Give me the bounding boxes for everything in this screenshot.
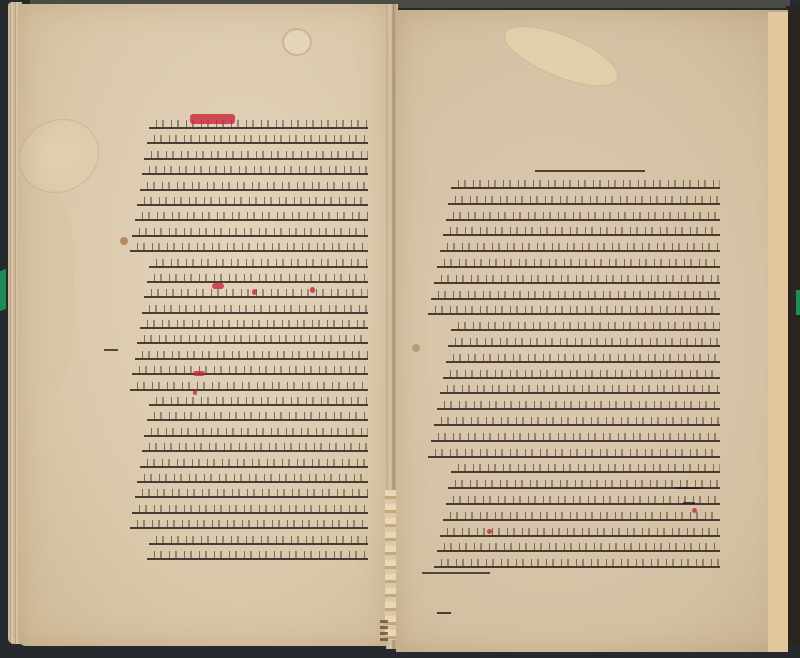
manuscript-line — [147, 410, 368, 421]
manuscript-line — [132, 226, 368, 237]
manuscript-line — [446, 494, 720, 505]
manuscript-line — [144, 426, 368, 437]
manuscript-line — [135, 349, 368, 360]
manuscript-line — [446, 352, 720, 363]
manuscript-line — [451, 462, 720, 473]
right-marginal-note-line2 — [683, 495, 695, 504]
manuscript-line — [443, 368, 720, 379]
manuscript-line — [443, 225, 720, 236]
manuscript-line — [140, 318, 368, 329]
manuscript-line — [135, 487, 368, 498]
manuscript-line — [130, 518, 368, 529]
manuscript-line — [149, 534, 368, 545]
manuscript-line — [428, 304, 720, 315]
manuscript-line — [147, 133, 368, 144]
manuscript-line — [437, 257, 720, 268]
rubric-mark — [692, 508, 697, 513]
rubric-mark — [193, 390, 197, 395]
manuscript-line — [443, 510, 720, 521]
manuscript-line — [434, 273, 720, 284]
manuscript-line — [451, 320, 720, 331]
manuscript-line — [440, 383, 720, 394]
manuscript-line — [149, 395, 368, 406]
manuscript-line — [431, 431, 720, 442]
right-side-note: short note beside final line — [422, 565, 490, 574]
manuscript-line — [130, 241, 368, 252]
manuscript-line — [451, 178, 720, 189]
manuscript-line — [142, 164, 368, 175]
book-cover-right-edge — [786, 6, 800, 646]
manuscript-line — [137, 333, 368, 344]
manuscript-line — [446, 210, 720, 221]
manuscript-line — [147, 272, 368, 283]
rubric-mark — [310, 287, 315, 293]
manuscript-line — [434, 415, 720, 426]
catchword: catchword below text block — [437, 604, 451, 614]
manuscript-line — [149, 118, 368, 129]
bookmark-ribbon-right — [796, 290, 800, 315]
right-page-edge — [768, 12, 788, 652]
rubric-heading — [190, 114, 235, 124]
manuscript-line — [132, 364, 368, 375]
manuscript-line — [149, 257, 368, 268]
manuscript-line — [440, 241, 720, 252]
right-page-text-block — [428, 178, 720, 573]
right-marginal-note: two-line marginal annotation beside line… — [674, 480, 702, 489]
manuscript-line — [137, 472, 368, 483]
left-marginal-note: short marginal annotation beside line 16 — [104, 342, 118, 351]
manuscript-line — [437, 399, 720, 410]
rubric-mark — [487, 529, 492, 534]
manuscript-line — [142, 441, 368, 452]
manuscript-line — [448, 194, 720, 205]
manuscript-line — [448, 336, 720, 347]
right-page-heading: بسم الله الرحمن الرحیم و به نستعین — [535, 160, 645, 172]
manuscript-line — [431, 289, 720, 300]
folio-number — [380, 620, 388, 642]
manuscript-line — [130, 380, 368, 391]
rubric-mark — [212, 283, 224, 289]
manuscript-scan: short marginal annotation beside line 16… — [0, 0, 800, 658]
manuscript-line — [140, 180, 368, 191]
rubric-mark — [252, 289, 257, 295]
manuscript-line — [440, 526, 720, 537]
manuscript-line — [142, 303, 368, 314]
bookmark-ribbon-left — [0, 269, 6, 311]
manuscript-line — [140, 457, 368, 468]
manuscript-line — [437, 541, 720, 552]
manuscript-line — [144, 149, 368, 160]
manuscript-line — [132, 503, 368, 514]
manuscript-line — [135, 210, 368, 221]
manuscript-line — [137, 195, 368, 206]
manuscript-line — [147, 549, 368, 560]
left-page-text-block — [130, 118, 368, 564]
rubric-mark — [193, 371, 205, 376]
manuscript-line — [428, 447, 720, 458]
